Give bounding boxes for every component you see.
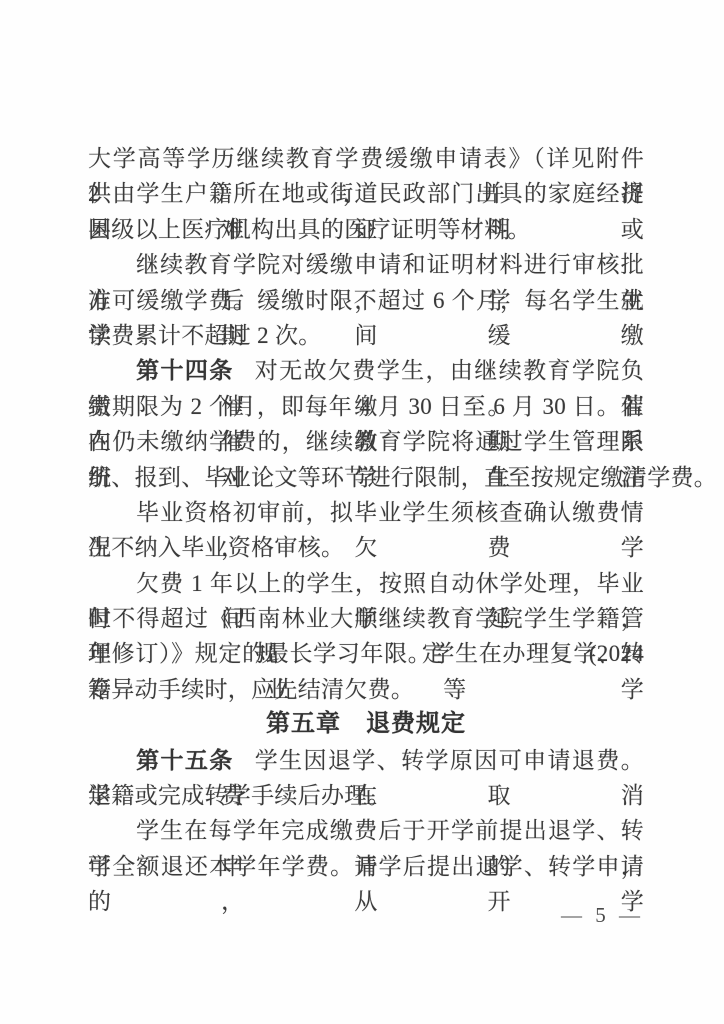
page-number: — 5 — xyxy=(0,903,644,928)
text-line: 年修订）》规定的最长学习年限。学生在办理复学、转专业等学 xyxy=(88,636,644,671)
text-line: 缴期限为 2 个月，即每年 4 月 30 日至 6 月 30 日。若在催缴期限 xyxy=(88,389,644,424)
text-line: 但不得超过《西南林业大学继续教育学院学生学籍管理规定(2024 xyxy=(88,601,644,636)
line-text: 籍异动手续时，应先结清欠费。 xyxy=(88,677,414,702)
chapter-heading: 第五章 退费规定 xyxy=(88,707,644,742)
line-text: 第五章 退费规定 xyxy=(266,711,466,737)
text-line: 毕业资格初审前，拟毕业学生须核查确认缴费情况，欠费学 xyxy=(88,495,644,530)
text-line: 继续教育学院对缓缴申请和证明材料进行审核批准后，学生 xyxy=(88,247,644,282)
line-text: 生不纳入毕业资格审核。 xyxy=(88,535,344,560)
line-text: 县级以上医疗机构出具的医疗证明等材料。 xyxy=(88,217,531,242)
text-line: 册、报到、毕业论文等环节进行限制，直至按规定缴清学费。 xyxy=(88,460,644,495)
article-number: 第十五条 xyxy=(88,748,234,773)
line-text: 学籍或完成转学手续后办理。 xyxy=(88,783,391,808)
article-number: 第十四条 xyxy=(88,358,234,383)
text-line: 大学高等学历继续教育学费缓缴申请表》（详见附件 2），并提 xyxy=(88,141,644,176)
text-line: 内仍未缴纳学费的，继续教育学院将通过学生管理系统对学生注 xyxy=(88,424,644,459)
line-text: 册、报到、毕业论文等环节进行限制，直至按规定缴清学费。 xyxy=(88,465,717,490)
text-line: 第十四条对无故欠费学生，由继续教育学院负责催缴。催 xyxy=(88,353,644,388)
scanned-document-page: 大学高等学历继续教育学费缓缴申请表》（详见附件 2），并提供由学生户籍所在地或街… xyxy=(0,0,724,1024)
text-line: 供由学生户籍所在地或街道民政部门出具的家庭经济困难证明或 xyxy=(88,176,644,211)
text-line: 欠费 1 年以上的学生，按照自动休学处理，毕业时间顺延， xyxy=(88,566,644,601)
text-line: 学生在每学年完成缴费后于开学前提出退学、转学申请的， xyxy=(88,813,644,848)
line-text: 学费累计不超过 2 次。 xyxy=(88,323,322,348)
text-line: 方可缓缴学费。缓缴时限不超过 6 个月，每名学生就读期间缓缴 xyxy=(88,283,644,318)
text-line: 可全额退还本学年学费。开学后提出退学、转学申请的，从开学 xyxy=(88,849,644,884)
document-body: 大学高等学历继续教育学费缓缴申请表》（详见附件 2），并提供由学生户籍所在地或街… xyxy=(88,141,644,884)
text-line: 第十五条学生因退学、转学原因可申请退费。退费在取消 xyxy=(88,743,644,778)
